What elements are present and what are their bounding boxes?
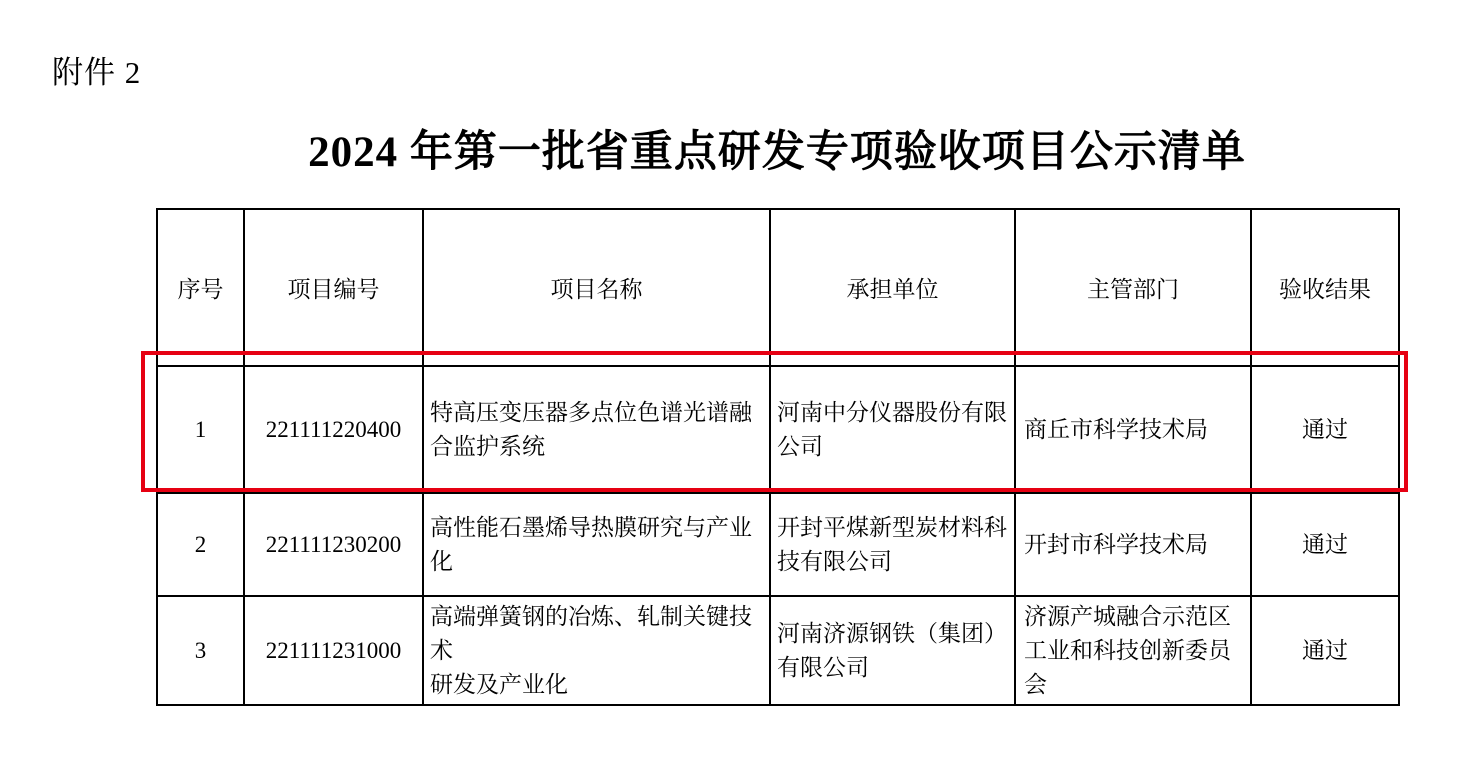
cell-dept: 济源产城融合示范区 工业和科技创新委员 会 <box>1015 596 1251 705</box>
cell-result: 通过 <box>1251 366 1399 493</box>
cell-result: 通过 <box>1251 493 1399 596</box>
cell-name: 高性能石墨烯导热膜研究与产业 化 <box>423 493 770 596</box>
cell-name: 高端弹簧钢的冶炼、轧制关键技术 研发及产业化 <box>423 596 770 705</box>
cell-dept: 商丘市科学技术局 <box>1015 366 1251 493</box>
title-wrap: 2024 年第一批省重点研发专项验收项目公示清单 <box>156 126 1398 180</box>
column-header-seq: 序号 <box>157 209 244 366</box>
cell-unit: 河南济源钢铁（集团） 有限公司 <box>770 596 1015 705</box>
cell-seq: 3 <box>157 596 244 705</box>
table-row: 2 221111230200 高性能石墨烯导热膜研究与产业 化 开封平煤新型炭材… <box>157 493 1399 596</box>
cell-seq: 1 <box>157 366 244 493</box>
column-header-result: 验收结果 <box>1251 209 1399 366</box>
cell-code: 221111220400 <box>244 366 423 493</box>
cell-name: 特高压变压器多点位色谱光谱融 合监护系统 <box>423 366 770 493</box>
table-header-row: 序号 项目编号 项目名称 承担单位 主管部门 验收结果 <box>157 209 1399 366</box>
projects-table: 序号 项目编号 项目名称 承担单位 主管部门 验收结果 1 2211112204… <box>156 208 1400 706</box>
cell-code: 221111231000 <box>244 596 423 705</box>
cell-dept: 开封市科学技术局 <box>1015 493 1251 596</box>
cell-unit: 河南中分仪器股份有限 公司 <box>770 366 1015 493</box>
column-header-dept: 主管部门 <box>1015 209 1251 366</box>
cell-result: 通过 <box>1251 596 1399 705</box>
column-header-code: 项目编号 <box>244 209 423 366</box>
cell-seq: 2 <box>157 493 244 596</box>
page-title: 2024 年第一批省重点研发专项验收项目公示清单 <box>308 129 1246 176</box>
table-row: 1 221111220400 特高压变压器多点位色谱光谱融 合监护系统 河南中分… <box>157 366 1399 493</box>
table-row: 3 221111231000 高端弹簧钢的冶炼、轧制关键技术 研发及产业化 河南… <box>157 596 1399 705</box>
cell-code: 221111230200 <box>244 493 423 596</box>
column-header-unit: 承担单位 <box>770 209 1015 366</box>
document-page: 附件 2 2024 年第一批省重点研发专项验收项目公示清单 序号 项目编号 项目… <box>0 0 1464 782</box>
column-header-name: 项目名称 <box>423 209 770 366</box>
cell-unit: 开封平煤新型炭材料科 技有限公司 <box>770 493 1015 596</box>
attachment-label: 附件 2 <box>52 52 141 94</box>
